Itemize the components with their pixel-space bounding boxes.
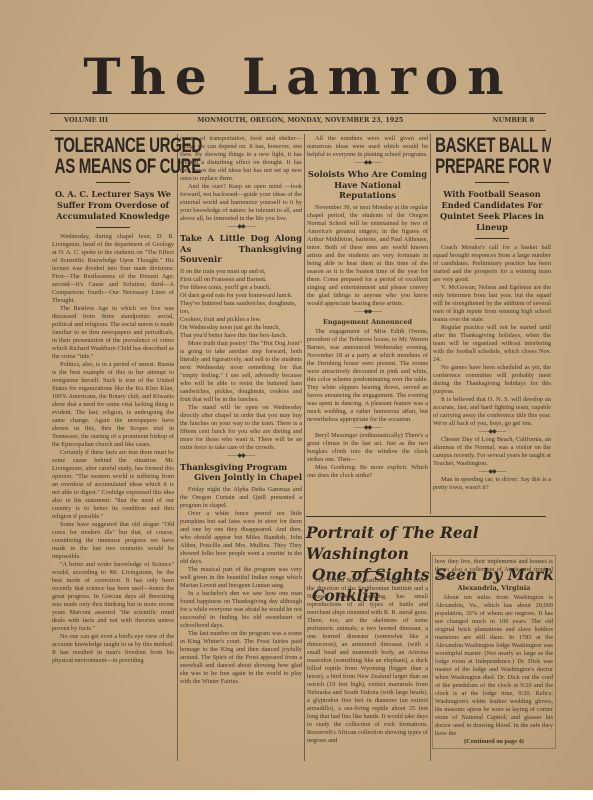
paragraph: Friday night the Alpha Delta Gammas and … — [180, 486, 302, 510]
subheading-alexandria: Alexandria, Virginia — [435, 584, 553, 592]
article-headline-dog: Take A Little Dog Along As Thanksgiving … — [180, 233, 302, 265]
article-basketball: BASKET BALL MEN PREPARE FOR WORK With Fo… — [433, 135, 551, 515]
poem: If on the train you must up and et, Firs… — [180, 268, 302, 340]
paragraph: Some have suggested that old slogan "Old… — [52, 521, 174, 561]
ornament-divider: ——◆◆—— — [433, 468, 551, 476]
article-tolerance: TOLERANCE URGED AS MEANS OF CURE O. A. C… — [52, 135, 174, 665]
headline-line: BASKET BALL MEN — [435, 135, 549, 156]
paragraph: Coach Mendor's call for a basket ball sq… — [433, 244, 551, 284]
article-washington-right: how they live, their implements and hous… — [432, 555, 556, 749]
paragraph: Politics, also, is in a period of unrest… — [52, 361, 174, 449]
paragraph: Regular practice will not be started unt… — [433, 324, 551, 364]
separator — [96, 182, 130, 183]
joke-line: Beryl Messinger (enthusiastically) There… — [307, 432, 428, 464]
paragraph: how they live, their implements and hous… — [435, 558, 553, 582]
paragraph: The last number on the program was a sce… — [180, 630, 302, 686]
ornament-divider: ——◆◆—— — [307, 308, 428, 316]
poem-line: Cookies, fruit and pickles a few. — [180, 316, 302, 324]
paragraph: The stand will be open on Wednesday dire… — [180, 404, 302, 452]
poem-line: Of darn good eats for your homeward lunc… — [180, 292, 302, 300]
poem-line: First call on Franseen and Barnett. — [180, 276, 302, 284]
ornament-divider: ——◆◆—— — [307, 424, 428, 432]
paragraph: All the numbers were well given and nume… — [307, 135, 428, 159]
ornament-divider: ——◆◆—— — [180, 223, 302, 231]
section-rule — [306, 516, 546, 517]
masthead-infobar: VOLUME III MONMOUTH, OREGON, MONDAY, NOV… — [64, 116, 534, 128]
article-headline-program: Thanksgiving Program Given Jointly in Ch… — [180, 462, 302, 483]
column-divider — [304, 134, 305, 761]
ornament-divider: ——◆◆—— — [307, 159, 428, 167]
ornament-divider: ——◆◆—— — [433, 428, 551, 436]
headline-line: AS MEANS OF CURE — [55, 156, 172, 177]
paragraph: V. McGowan, Nelson and Egelston are the … — [433, 284, 551, 324]
poem-line: They've buttered ham sandwiches, doughnu… — [180, 300, 302, 316]
paragraph: Man in speeding car, to driver: Say this… — [433, 476, 551, 492]
paragraph: means of transportation, food and shelte… — [180, 135, 302, 183]
masthead-title: The Lamron — [50, 52, 546, 102]
paragraph: And the cure? Keep an open mind —look fo… — [180, 183, 302, 223]
separator — [351, 571, 385, 572]
headline-line: PREPARE FOR WORK — [435, 156, 549, 177]
paragraph: More truth than poetry! The "Hot Dog Joi… — [180, 340, 302, 404]
article-deck: O. A. C. Lecturer Says We Suffer From Ov… — [52, 189, 174, 222]
issue-number: NUMBER 8 — [493, 116, 534, 128]
paragraph: Chester Day of Long Beach, California, a… — [433, 436, 551, 468]
paragraph: "A better and wider knowledge of Science… — [52, 561, 174, 633]
paragraph: It is believed that O. N. S. will develo… — [433, 396, 551, 428]
headline-line: Thanksgiving Program — [180, 462, 302, 473]
poem-line: That you'd better have this fine box-lun… — [180, 332, 302, 340]
paragraph: The Restless Age in which we live was di… — [52, 305, 174, 361]
poem-line: If on the train you must up and et, — [180, 268, 302, 276]
column-divider — [430, 134, 431, 514]
article-washington-left: The United States National Museum, under… — [307, 566, 428, 745]
article-headline-engagement: Engagement Announced — [307, 318, 428, 326]
masthead-rule-top — [50, 113, 546, 114]
column-3: All the numbers were well given and nume… — [307, 135, 428, 515]
dateline: MONMOUTH, OREGON, MONDAY, NOVEMBER 23, 1… — [197, 116, 403, 128]
newspaper-page: The Lamron VOLUME III MONMOUTH, OREGON, … — [0, 0, 593, 790]
column-divider — [177, 134, 178, 761]
paragraph: The United States National Museum, under… — [307, 577, 428, 745]
headline-line: TOLERANCE URGED — [55, 135, 172, 156]
article-deck: With Football Season Ended Candidates Fo… — [433, 189, 551, 233]
ornament-divider: ——◆◆—— — [180, 452, 302, 460]
paragraph: In a bachelor's den we saw how one man f… — [180, 590, 302, 630]
paragraph: About ten miles from Washington is Alexa… — [435, 594, 553, 738]
masthead-rule-bottom — [50, 130, 546, 131]
separator — [96, 227, 130, 228]
poem-line: For fifteen cents, you'll get a bunch, — [180, 284, 302, 292]
paragraph: Over a white fence peered ten little pum… — [180, 510, 302, 566]
paragraph: November 30, or next Monday at the regul… — [307, 204, 428, 308]
joke-line: Miss Goehring: Be more explicit. Which o… — [307, 464, 428, 480]
volume-label: VOLUME III — [64, 116, 108, 128]
paragraph: The engagement of Miss Edith Owens, pres… — [307, 328, 428, 424]
paragraph: Certainly if these facts are true there … — [52, 449, 174, 521]
paragraph: The musical part of the program was very… — [180, 566, 302, 590]
paragraph: Wednesday, during chapel hour, D. B. Liv… — [52, 233, 174, 305]
separator — [475, 182, 509, 183]
separator — [475, 238, 509, 239]
paragraph: No one can get even a bird's eye view of… — [52, 633, 174, 665]
paragraph: No games have been scheduled as yet, the… — [433, 364, 551, 396]
headline-line: Given Jointly in Chapel — [180, 472, 302, 483]
column-2: means of transportation, food and shelte… — [180, 135, 302, 686]
continued-notice: (Continued on page 4) — [435, 738, 553, 746]
poem-line: On Wednesday noon just get the bunch, — [180, 324, 302, 332]
article-headline-soloists: Soloists Who Are Coming Have National Re… — [307, 169, 428, 201]
